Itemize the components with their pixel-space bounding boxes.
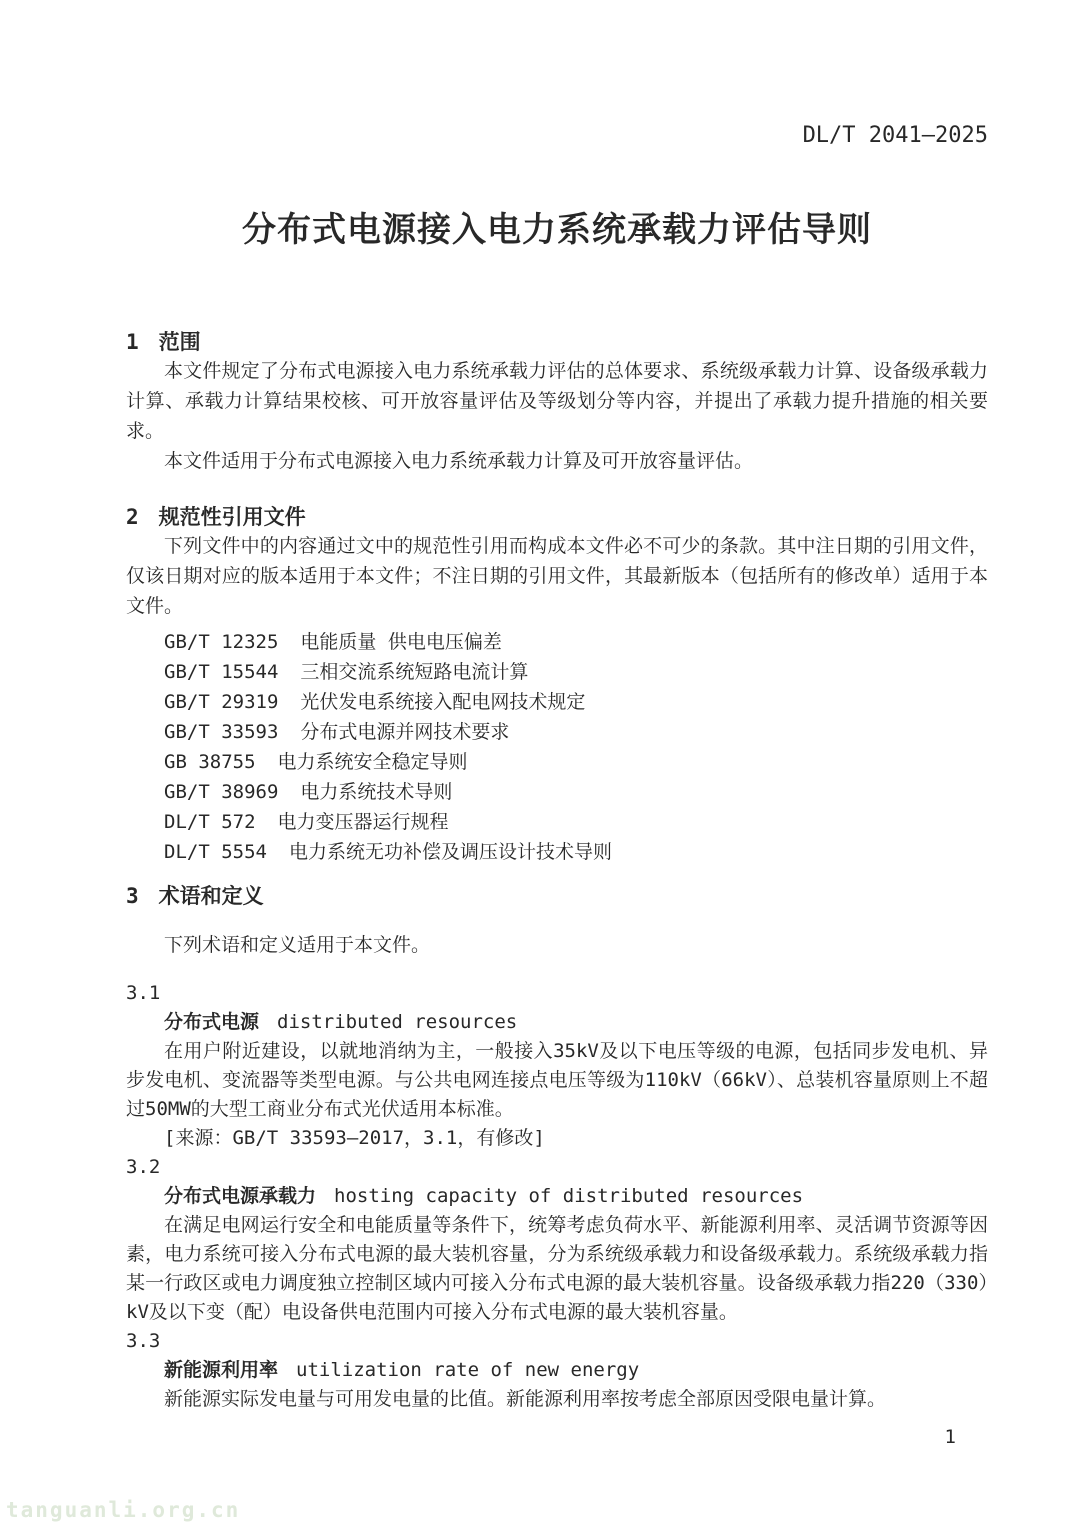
section-heading-text: 范围 [159,330,201,354]
term-entry-3-1: 3.1 分布式电源distributed resources 在用户附近建设，以… [126,979,988,1153]
section-heading-text: 规范性引用文件 [159,505,306,529]
term-english: hosting capacity of distributed resource… [334,1185,803,1207]
reference-code: GB/T 33593 [164,721,278,743]
reference-item: DL/T 5554电力系统无功补偿及调压设计技术导则 [126,837,988,867]
term-chinese: 分布式电源承载力 [164,1185,316,1207]
section-number: 2 [126,503,139,531]
reference-code: GB/T 15544 [164,661,278,683]
term-line: 分布式电源distributed resources [126,1008,988,1037]
reference-title: 电力系统安全稳定导则 [278,751,468,773]
term-entry-3-3: 3.3 新能源利用率utilization rate of new energy… [126,1327,988,1414]
term-english: distributed resources [277,1011,517,1033]
reference-code: GB/T 12325 [164,631,278,653]
section-references-heading: 2规范性引用文件 [126,503,988,531]
reference-code: DL/T 572 [164,811,256,833]
term-definition: 在满足电网运行安全和电能质量等条件下，统筹考虑负荷水平、新能源利用率、灵活调节资… [126,1211,988,1327]
clause-number: 3.3 [126,1327,988,1356]
reference-title: 电力系统技术导则 [300,781,452,803]
reference-item: GB 38755电力系统安全稳定导则 [126,747,988,777]
term-line: 新能源利用率utilization rate of new energy [126,1356,988,1385]
reference-list: GB/T 12325电能质量 供电电压偏差 GB/T 15544三相交流系统短路… [126,627,988,867]
reference-item: DL/T 572电力变压器运行规程 [126,807,988,837]
terms-intro: 下列术语和定义适用于本文件。 [126,931,988,960]
reference-title: 三相交流系统短路电流计算 [300,661,528,683]
section-references: 2规范性引用文件 下列文件中的内容通过文中的规范性引用而构成本文件必不可少的条款… [126,503,988,867]
section-terms: 3术语和定义 下列术语和定义适用于本文件。 3.1 分布式电源distribut… [126,882,988,1414]
reference-item: GB/T 29319光伏发电系统接入配电网技术规定 [126,687,988,717]
reference-title: 电力系统无功补偿及调压设计技术导则 [289,841,612,863]
section-number: 3 [126,882,139,910]
term-entry-3-2: 3.2 分布式电源承载力hosting capacity of distribu… [126,1153,988,1327]
reference-code: GB/T 29319 [164,691,278,713]
reference-item: GB/T 15544三相交流系统短路电流计算 [126,657,988,687]
clause-number: 3.1 [126,979,988,1008]
reference-title: 电能质量 供电电压偏差 [300,631,501,653]
section-scope: 1范围 本文件规定了分布式电源接入电力系统承载力评估的总体要求、系统级承载力计算… [126,328,988,476]
reference-title: 分布式电源并网技术要求 [300,721,509,743]
watermark: tanguanli.org.cn [6,1498,240,1522]
reference-item: GB/T 12325电能质量 供电电压偏差 [126,627,988,657]
page-number: 1 [126,1423,988,1451]
scope-paragraph: 本文件适用于分布式电源接入电力系统承载力计算及可开放容量评估。 [126,446,988,476]
reference-code: GB 38755 [164,751,256,773]
document-title: 分布式电源接入电力系统承载力评估导则 [126,208,988,252]
reference-item: GB/T 38969电力系统技术导则 [126,777,988,807]
section-terms-heading: 3术语和定义 [126,882,988,910]
reference-code: GB/T 38969 [164,781,278,803]
term-chinese: 分布式电源 [164,1011,259,1033]
term-definition: 新能源实际发电量与可用发电量的比值。新能源利用率按考虑全部原因受限电量计算。 [126,1385,988,1414]
reference-title: 光伏发电系统接入配电网技术规定 [300,691,585,713]
term-source: [来源：GB/T 33593—2017，3.1，有修改] [126,1124,988,1153]
section-number: 1 [126,328,139,356]
term-english: utilization rate of new energy [296,1359,639,1381]
reference-item: GB/T 33593分布式电源并网技术要求 [126,717,988,747]
term-chinese: 新能源利用率 [164,1359,278,1381]
page-content: DL/T 2041—2025 分布式电源接入电力系统承载力评估导则 1范围 本文… [0,0,1080,1451]
term-definition: 在用户附近建设，以就地消纳为主，一般接入35kV及以下电压等级的电源，包括同步发… [126,1037,988,1124]
section-heading-text: 术语和定义 [159,884,264,908]
scope-paragraph: 本文件规定了分布式电源接入电力系统承载力评估的总体要求、系统级承载力计算、设备级… [126,356,988,446]
doc-number: DL/T 2041—2025 [126,0,988,150]
references-intro: 下列文件中的内容通过文中的规范性引用而构成本文件必不可少的条款。其中注日期的引用… [126,531,988,621]
term-line: 分布式电源承载力hosting capacity of distributed … [126,1182,988,1211]
clause-number: 3.2 [126,1153,988,1182]
reference-title: 电力变压器运行规程 [278,811,449,833]
reference-code: DL/T 5554 [164,841,267,863]
section-scope-heading: 1范围 [126,328,988,356]
document-page: DL/T 2041—2025 分布式电源接入电力系统承载力评估导则 1范围 本文… [0,0,1080,1527]
